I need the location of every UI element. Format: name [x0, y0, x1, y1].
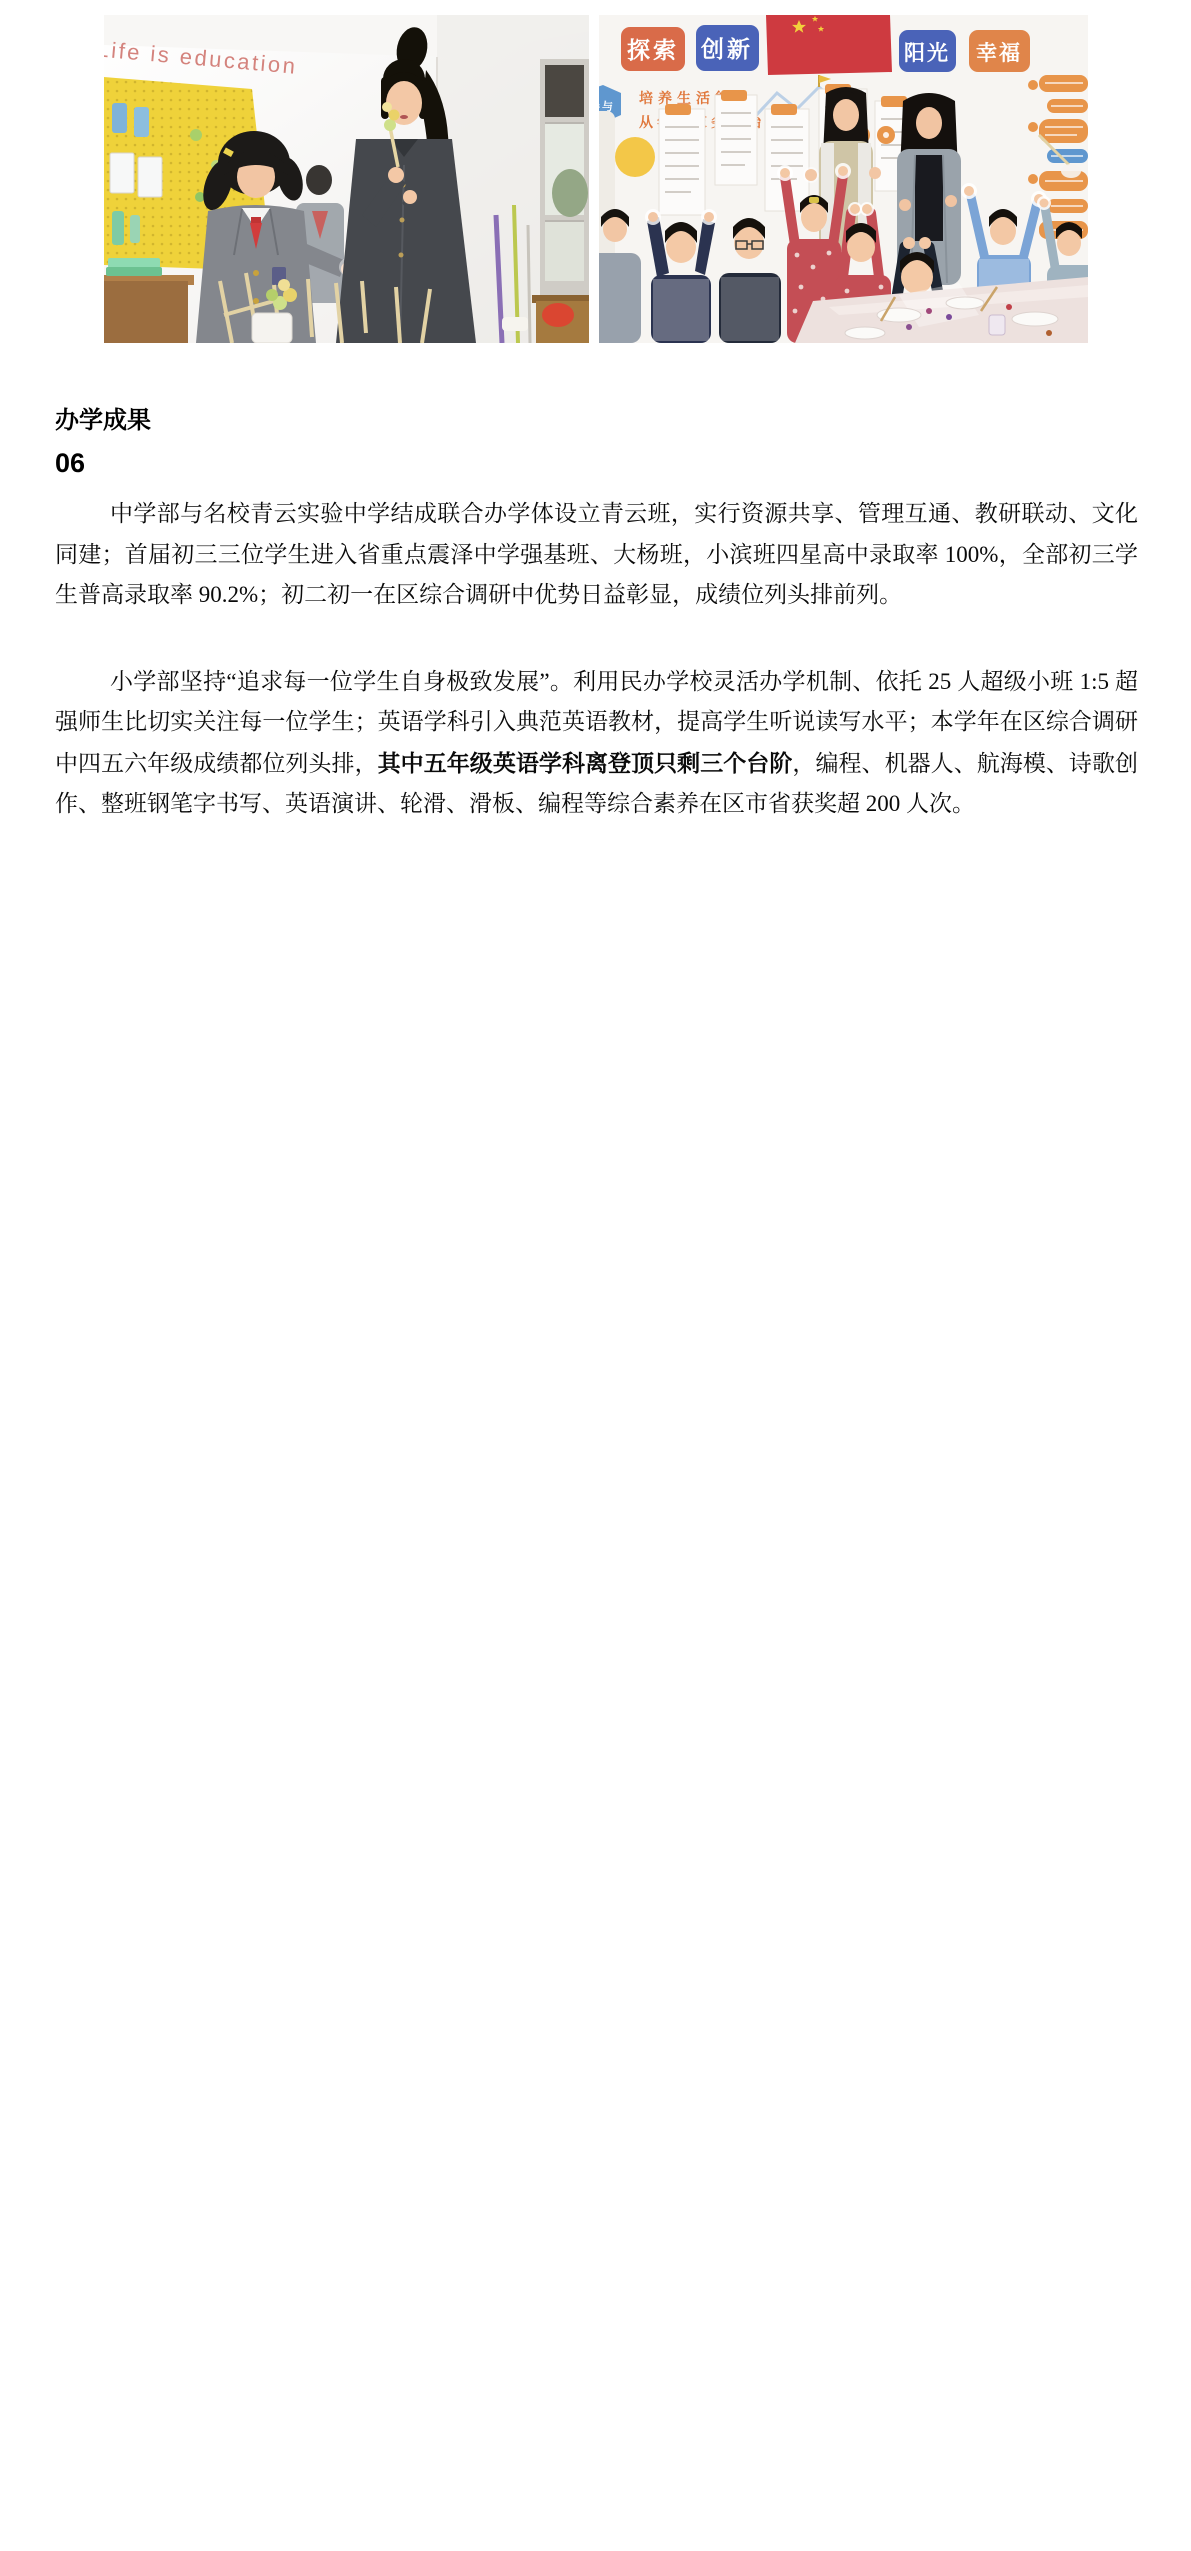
banner-innovate: 创新: [700, 36, 753, 62]
section-number: 06: [55, 448, 1138, 478]
denim-jacket: [336, 139, 476, 343]
hanging-tool: [130, 215, 140, 243]
paper-plate: [946, 297, 984, 309]
wall-card: [138, 157, 162, 197]
banner-happiness: 幸福: [976, 42, 1022, 65]
hanging-tool: [112, 211, 124, 245]
red-bag: [542, 303, 574, 327]
hanging-brush: [112, 103, 127, 133]
banner-explore: 探索: [627, 37, 679, 63]
right-photo-activity: 探索 创新 阳光 幸福 参与 培养生活能力 从学做家务开始: [599, 15, 1088, 343]
wall-card: [110, 153, 134, 193]
left-photo-classroom: Life is education: [104, 15, 589, 343]
paragraph2-bold-highlight: 其中五年级英语学科离登顶只剩三个台阶: [378, 750, 793, 776]
paper-cup: [252, 313, 292, 343]
paragraph-middle-school: 中学部与名校青云实验中学结成联合办学体设立青云班，实行资源共享、管理互通、教研联…: [55, 494, 1138, 616]
section-heading: 办学成果: [55, 406, 1138, 436]
hanging-brush: [134, 107, 149, 137]
window: [540, 59, 589, 311]
paper-plate: [1012, 312, 1058, 326]
article-body: 办学成果 06 中学部与名校青云实验中学结成联合办学体设立青云班，实行资源共享、…: [55, 406, 1138, 825]
paper-plate: [845, 327, 885, 339]
china-flag: [766, 15, 892, 75]
photo-row: Life is education: [104, 15, 1088, 343]
cup: [989, 315, 1005, 335]
banner-sunshine: 阳光: [904, 41, 950, 65]
hexagon-label: 参与: [599, 99, 615, 113]
window-blind: [545, 65, 584, 117]
paragraph-primary-school: 小学部坚持“追求每一位学生自身极致发展”。利用民办学校灵活办学机制、依托 25 …: [55, 662, 1138, 825]
